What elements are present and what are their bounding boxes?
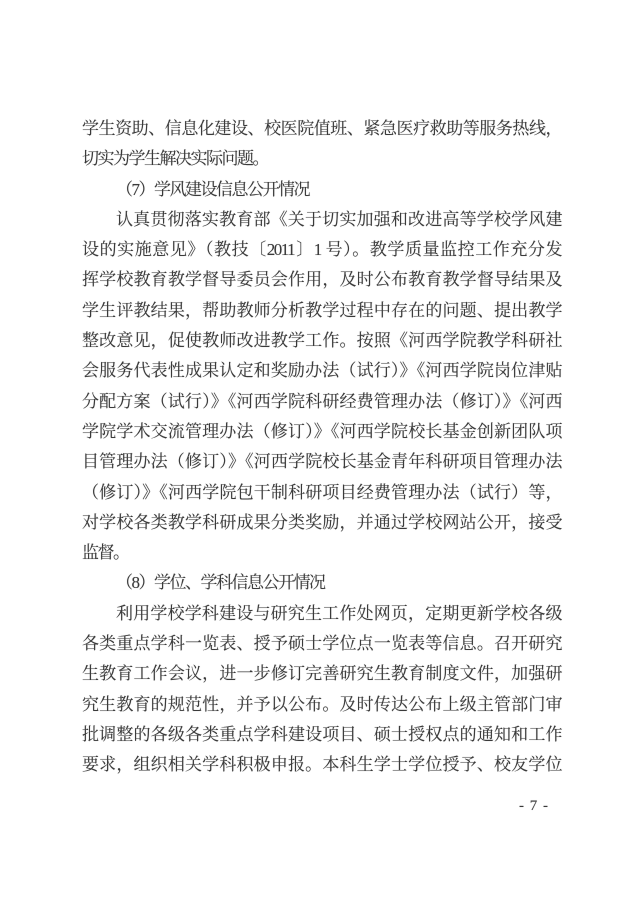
text-line: （8）学位、学科信息公开情况 bbox=[82, 568, 561, 598]
text-line: 究生教育的规范性，并予以公布。及时传达公布上级主管部门审 bbox=[82, 690, 561, 720]
text-line: （修订）》《河西学院包干制科研项目经费管理办法（试行）等， bbox=[82, 478, 561, 508]
text-line: 整改意见，促使教师改进教学工作。按照《河西学院教学科研社 bbox=[82, 326, 561, 356]
text-line: 挥学校教育教学督导委员会作用，及时公布教育教学督导结果及 bbox=[82, 265, 561, 295]
text-line: 各类重点学科一览表、授予硕士学位点一览表等信息。召开研究 bbox=[82, 629, 561, 659]
text-line: 设的实施意见》（教技〔2011〕1 号）。教学质量监控工作充分发 bbox=[82, 235, 561, 265]
text-line: 会服务代表性成果认定和奖励办法（试行）》《河西学院岗位津贴 bbox=[82, 356, 561, 386]
page-number: - 7 - bbox=[519, 796, 549, 816]
text-line: 对学校各类教学科研成果分类奖励，并通过学校网站公开，接受 bbox=[82, 508, 561, 538]
text-line: 分配方案（试行）》《河西学院科研经费管理办法（修订）》《河西 bbox=[82, 387, 561, 417]
text-line: 目管理办法（修订）》《河西学院校长基金青年科研项目管理办法 bbox=[82, 447, 561, 477]
text-line: 要求，组织相关学科积极申报。本科生学士学位授予、校友学位 bbox=[82, 750, 561, 780]
text-line: （7）学风建设信息公开情况 bbox=[82, 175, 561, 205]
text-line: 批调整的各级各类重点学科建设项目、硕士授权点的通知和工作 bbox=[82, 720, 561, 750]
text-line: 学生资助、信息化建设、校医院值班、紧急医疗救助等服务热线， bbox=[82, 114, 561, 144]
text-line: 认真贯彻落实教育部《关于切实加强和改进高等学校学风建 bbox=[82, 205, 561, 235]
text-line: 学院学术交流管理办法（修订）》《河西学院校长基金创新团队项 bbox=[82, 417, 561, 447]
document-lines: 学生资助、信息化建设、校医院值班、紧急医疗救助等服务热线，切实为学生解决实际问题… bbox=[82, 114, 561, 781]
document-page: 学生资助、信息化建设、校医院值班、紧急医疗救助等服务热线，切实为学生解决实际问题… bbox=[0, 0, 642, 909]
text-line: 监督。 bbox=[82, 538, 561, 568]
text-line: 利用学校学科建设与研究生工作处网页，定期更新学校各级 bbox=[82, 599, 561, 629]
text-line: 切实为学生解决实际问题。 bbox=[82, 144, 561, 174]
text-line: 生教育工作会议，进一步修订完善研究生教育制度文件，加强研 bbox=[82, 659, 561, 689]
text-line: 学生评教结果，帮助教师分析教学过程中存在的问题、提出教学 bbox=[82, 296, 561, 326]
